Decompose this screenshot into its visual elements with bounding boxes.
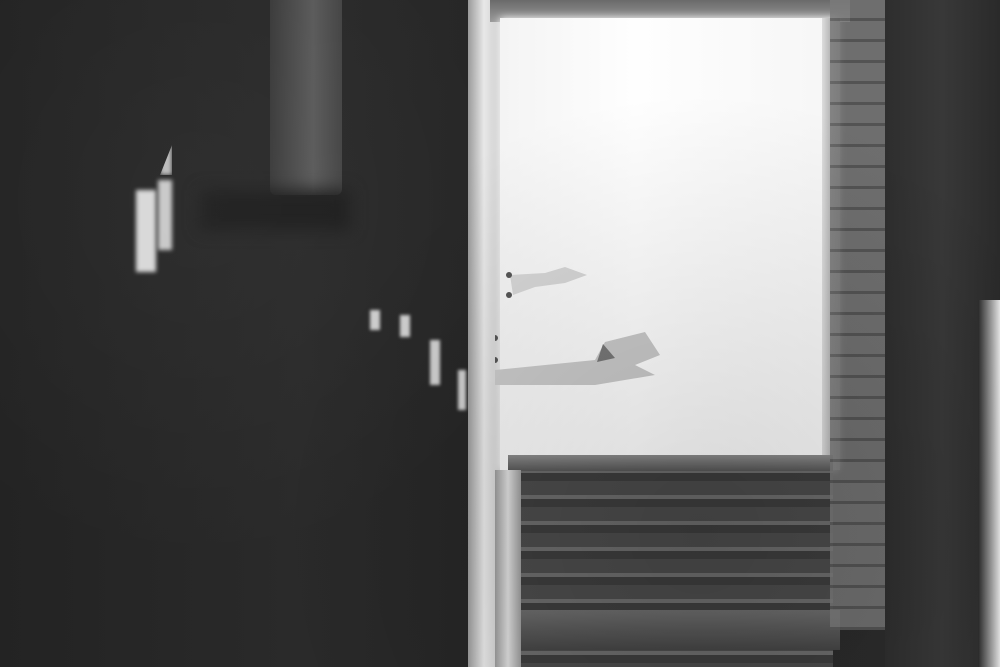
film-grain	[0, 0, 1000, 667]
photo-scene	[0, 0, 1000, 667]
